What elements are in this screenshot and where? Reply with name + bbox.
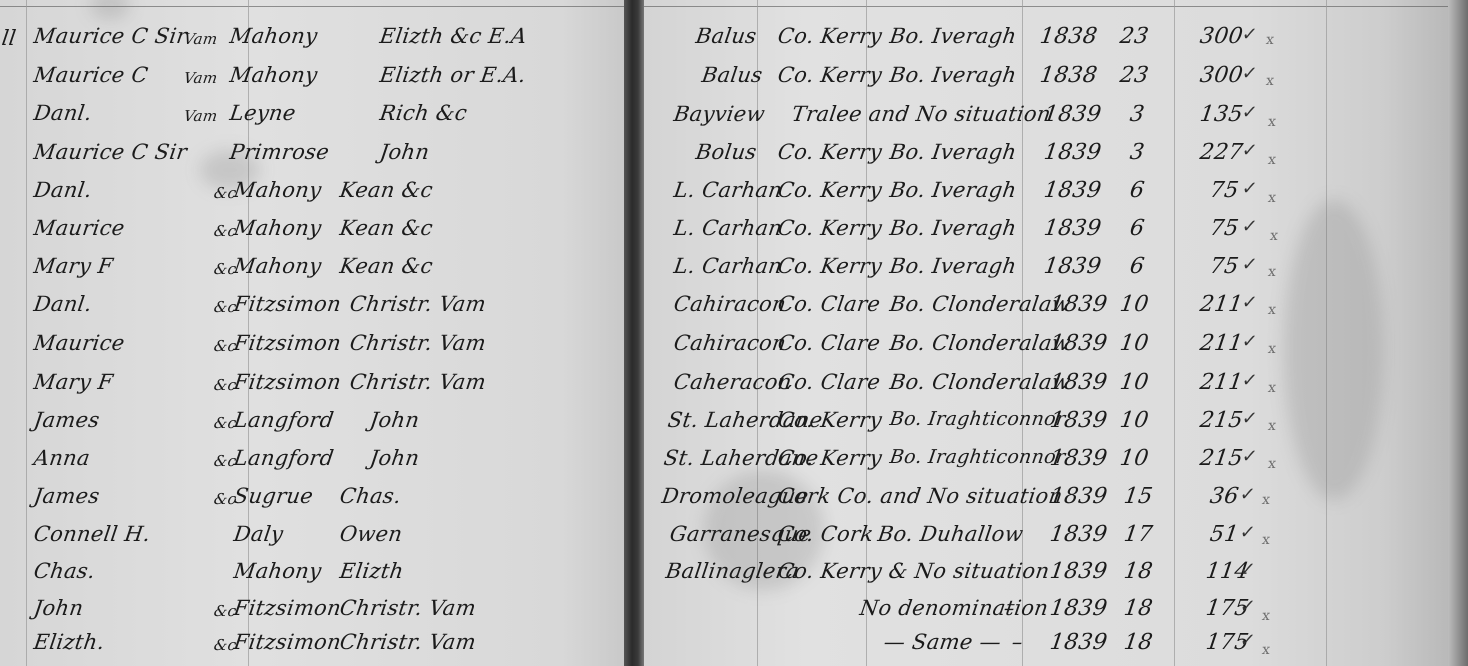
first-name: Danl. [32,178,93,202]
top-rule [644,6,1448,7]
year: 1839 [1042,216,1103,241]
townland: L. Carhan [672,216,784,240]
relation: Vam [183,30,219,48]
check-icon: ✓ [1241,63,1259,84]
county: Co. Clare [776,292,882,316]
county: Co. Kerry [776,24,883,48]
county: Co. Kerry [776,178,883,202]
tick-mark: x [1267,380,1277,396]
check-icon: ✓ [1241,102,1259,123]
ledger-row: James &c Langford John [0,408,624,442]
number: 10 [1118,331,1150,356]
townland: L. Carhan [672,254,784,278]
reference: Christr. Vam [348,370,487,394]
ledger-spread: ll Maurice C Sir Vam Mahony Elizth &c E.… [0,0,1468,666]
surname: Langford [232,408,335,432]
surname: Mahony [232,178,323,202]
ledger-row: Danl. &c Mahony Kean &c [0,178,624,212]
ledger-row: Connell H. Daly Owen [0,522,624,556]
first-name: James [32,484,101,508]
number: 18 [1122,596,1154,621]
amount: 227 [1198,140,1244,165]
amount: 75 [1208,254,1240,279]
tick-mark: x [1267,190,1277,206]
amount: 215 [1198,446,1244,471]
reference: Christr. Vam [338,596,477,620]
surname: Fitzsimon [232,292,342,316]
ledger-row: Balus Co. Kerry Bo. Iveragh 1838 23 300 … [644,63,1448,97]
year: 1839 [1048,331,1109,356]
reference: Elizth or E.A. [378,63,527,87]
number: 3 [1128,140,1146,165]
year: 1839 [1048,370,1109,395]
left-page: ll Maurice C Sir Vam Mahony Elizth &c E.… [0,0,624,666]
townland: Bolus [694,140,758,164]
first-name: Maurice [32,216,126,240]
first-name: Maurice C Sir [32,140,188,164]
year: 1839 [1042,102,1103,127]
number: 15 [1122,484,1154,509]
county: Co. Clare [776,370,882,394]
number: 10 [1118,446,1150,471]
year: 1838 [1038,24,1099,49]
county: Co. Kerry [776,216,883,240]
amount: 211 [1198,292,1244,317]
county: Tralee and No situation [790,102,1052,126]
ledger-row: Mary F &c Mahony Kean &c [0,254,624,288]
reference: Elizth &c E.A [378,24,528,48]
check-icon: ✓ [1241,140,1259,161]
year: 1839 [1042,178,1103,203]
amount: 211 [1198,331,1244,356]
year: 1839 [1048,484,1109,509]
number: 18 [1122,559,1154,584]
first-name: Maurice C Sir [32,24,188,48]
page-edge [1448,0,1468,666]
number: 10 [1118,408,1150,433]
surname: Leyne [228,101,297,125]
amount: 300 [1198,63,1244,88]
townland: Cahiracon [672,331,787,355]
barony: Bo. Duhallow [876,522,1024,546]
check-icon: ✓ [1241,178,1259,199]
barony: Bo. Iveragh [888,63,1018,87]
tick-mark: x [1267,302,1277,318]
ledger-row: Maurice C Sir Vam Mahony Elizth &c E.A [0,24,624,58]
ledger-row: Bayview Tralee and No situation 1839 3 1… [644,102,1448,136]
ledger-row: St. Laherdane Co. Kerry Bo. Iraghticonno… [644,408,1448,442]
number: 17 [1122,522,1154,547]
first-name: John [32,596,85,620]
tick-mark: x [1267,114,1277,130]
number: 6 [1128,254,1146,279]
county: Co. Kerry [776,140,883,164]
reference: Christr. Vam [348,331,487,355]
surname: Fitzsimon [232,596,342,620]
amount: 135 [1198,102,1244,127]
check-icon: ✓ [1239,596,1257,617]
ledger-row: No denomination – 1839 18 175 ✓ x [644,596,1448,630]
ledger-row: Bolus Co. Kerry Bo. Iveragh 1839 3 227 ✓… [644,140,1448,174]
ledger-row: Chas. Mahony Elizth [0,559,624,593]
tick-mark: x [1267,264,1277,280]
ledger-row: Dromoleague Cork Co. and No situation 18… [644,484,1448,518]
reference: Kean &c [338,254,434,278]
county: Co. Kerry [776,408,883,432]
barony: Bo. Iveragh [888,24,1018,48]
reference: Rich &c [378,101,468,125]
barony: Bo. Clonderalaw [888,370,1072,394]
year: 1839 [1048,596,1109,621]
ledger-row: L. Carhan Co. Kerry Bo. Iveragh 1839 6 7… [644,254,1448,288]
barony: Bo. Iraghticonnor [888,408,1066,430]
county: Co. Kerry & No situation [776,559,1051,583]
surname: Mahony [228,63,319,87]
county: Cork Co. and No situation [776,484,1064,508]
number: 3 [1128,102,1146,127]
ledger-row: Caheracon Co. Clare Bo. Clonderalaw 1839… [644,370,1448,404]
county: Co. Kerry [776,254,883,278]
amount: 51 [1208,522,1240,547]
surname: Mahony [232,254,323,278]
surname: Mahony [228,24,319,48]
check-icon: ✓ [1241,446,1259,467]
barony: Bo. Clonderalaw [888,292,1072,316]
check-icon: ✓ [1239,522,1257,543]
number: 10 [1118,292,1150,317]
check-icon: ✓ [1239,630,1257,651]
ledger-row: Cahiracon Co. Clare Bo. Clonderalaw 1839… [644,292,1448,326]
check-icon: ✓ [1241,254,1259,275]
county: — Same — [882,630,1002,654]
tick-mark: x [1261,642,1271,658]
first-name: Danl. [32,101,93,125]
first-name: Connell H. [32,522,152,546]
ledger-row: James &c Sugrue Chas. [0,484,624,518]
first-name: Mary F [32,370,114,394]
ledger-row: Elizth. &c Fitzsimon Christr. Vam [0,630,624,664]
book-gutter [624,0,644,666]
tick-mark: x [1267,341,1277,357]
surname: Fitzsimon [232,370,342,394]
barony: – [1010,630,1024,654]
surname: Mahony [232,216,323,240]
stain [90,0,130,20]
surname: Daly [232,522,285,546]
reference: John [368,408,421,432]
number: 23 [1118,63,1150,88]
first-name: James [32,408,101,432]
townland: L. Carhan [672,178,784,202]
tick-mark: x [1261,608,1271,624]
reference: Owen [338,522,404,546]
ledger-row: Balus Co. Kerry Bo. Iveragh 1838 23 300 … [644,24,1448,58]
ledger-row: L. Carhan Co. Kerry Bo. Iveragh 1839 6 7… [644,178,1448,212]
check-icon: ✓ [1239,484,1257,505]
ledger-row: Maurice C Sir Primrose John [0,140,624,174]
ledger-row: Mary F &c Fitzsimon Christr. Vam [0,370,624,404]
check-icon: ✓ [1241,24,1259,45]
number: 10 [1118,370,1150,395]
surname: Primrose [228,140,330,164]
check-icon: ✓ [1241,331,1259,352]
relation: Vam [183,69,219,87]
ledger-row: — Same — – 1839 18 175 ✓ x [644,630,1448,664]
right-page: Balus Co. Kerry Bo. Iveragh 1838 23 300 … [644,0,1448,666]
surname: Mahony [232,559,323,583]
barony: Bo. Iveragh [888,140,1018,164]
townland: Balus [694,24,758,48]
ledger-row: Maurice &c Fitzsimon Christr. Vam [0,331,624,365]
tick-mark: x [1261,492,1271,508]
ledger-row: Maurice &c Mahony Kean &c [0,216,624,250]
first-name: Mary F [32,254,114,278]
number: 18 [1122,630,1154,655]
surname: Langford [232,446,335,470]
townland: Balus [700,63,764,87]
check-icon: ✓ [1239,559,1257,580]
county: Co. Kerry [776,63,883,87]
ledger-row: Danl. Vam Leyne Rich &c [0,101,624,135]
surname: Sugrue [232,484,315,508]
barony: Bo. Clonderalaw [888,331,1072,355]
barony: Bo. Iveragh [888,216,1018,240]
reference: Kean &c [338,178,434,202]
year: 1839 [1048,630,1109,655]
check-icon: ✓ [1241,408,1259,429]
year: 1839 [1048,522,1109,547]
tick-mark: x [1261,532,1271,548]
year: 1839 [1042,254,1103,279]
ledger-row: Garranesque Co. Cork Bo. Duhallow 1839 1… [644,522,1448,556]
amount: 215 [1198,408,1244,433]
tick-mark: x [1267,152,1277,168]
county: Co. Kerry [776,446,883,470]
amount: 36 [1208,484,1240,509]
year: 1839 [1042,140,1103,165]
ledger-row: Anna &c Langford John [0,446,624,480]
barony: Bo. Iraghticonnor [888,446,1066,468]
ledger-row: John &c Fitzsimon Christr. Vam [0,596,624,630]
reference: John [368,446,421,470]
townland: Caheracon [672,370,793,394]
ledger-row: St. Laherdane Co. Kerry Bo. Iraghticonno… [644,446,1448,480]
first-name: Elizth. [32,630,106,654]
number: 23 [1118,24,1150,49]
check-icon: ✓ [1241,370,1259,391]
surname: Fitzsimon [232,331,342,355]
county: No denomination [858,596,1050,620]
first-name: Maurice [32,331,126,355]
reference: Chas. [338,484,402,508]
check-icon: ✓ [1241,292,1259,313]
ledger-row: Cahiracon Co. Clare Bo. Clonderalaw 1839… [644,331,1448,365]
reference: Elizth [338,559,405,583]
reference: Kean &c [338,216,434,240]
amount: 300 [1198,24,1244,49]
year: 1838 [1038,63,1099,88]
ledger-row: L. Carhan Co. Kerry Bo. Iveragh 1839 6 7… [644,216,1448,250]
ledger-row: Danl. &c Fitzsimon Christr. Vam [0,292,624,326]
tick-mark: x [1267,456,1277,472]
surname: Fitzsimon [232,630,342,654]
number: 6 [1128,178,1146,203]
reference: Christr. Vam [348,292,487,316]
tick-mark: x [1267,418,1277,434]
first-name: Anna [32,446,91,470]
barony: Bo. Iveragh [888,254,1018,278]
amount: 75 [1208,178,1240,203]
county: Co. Cork [776,522,875,546]
first-name: Danl. [32,292,93,316]
tick-mark: x [1269,228,1279,244]
tick-mark: x [1265,73,1275,89]
check-icon: ✓ [1241,216,1259,237]
year: 1839 [1048,446,1109,471]
barony: Bo. Iveragh [888,178,1018,202]
reference: John [378,140,431,164]
number: 6 [1128,216,1146,241]
first-name: Chas. [32,559,96,583]
year: 1839 [1048,292,1109,317]
amount: 211 [1198,370,1244,395]
tick-mark: x [1265,32,1275,48]
ledger-row: Ballinaglera Co. Kerry & No situation 18… [644,559,1448,593]
county: Co. Clare [776,331,882,355]
townland: Bayview [672,102,766,126]
reference: Christr. Vam [338,630,477,654]
year: 1839 [1048,559,1109,584]
year: 1839 [1048,408,1109,433]
amount: 75 [1208,216,1240,241]
relation: Vam [183,107,219,125]
townland: Cahiracon [672,292,787,316]
first-name: Maurice C [32,63,149,87]
ledger-row: Maurice C Vam Mahony Elizth or E.A. [0,63,624,97]
